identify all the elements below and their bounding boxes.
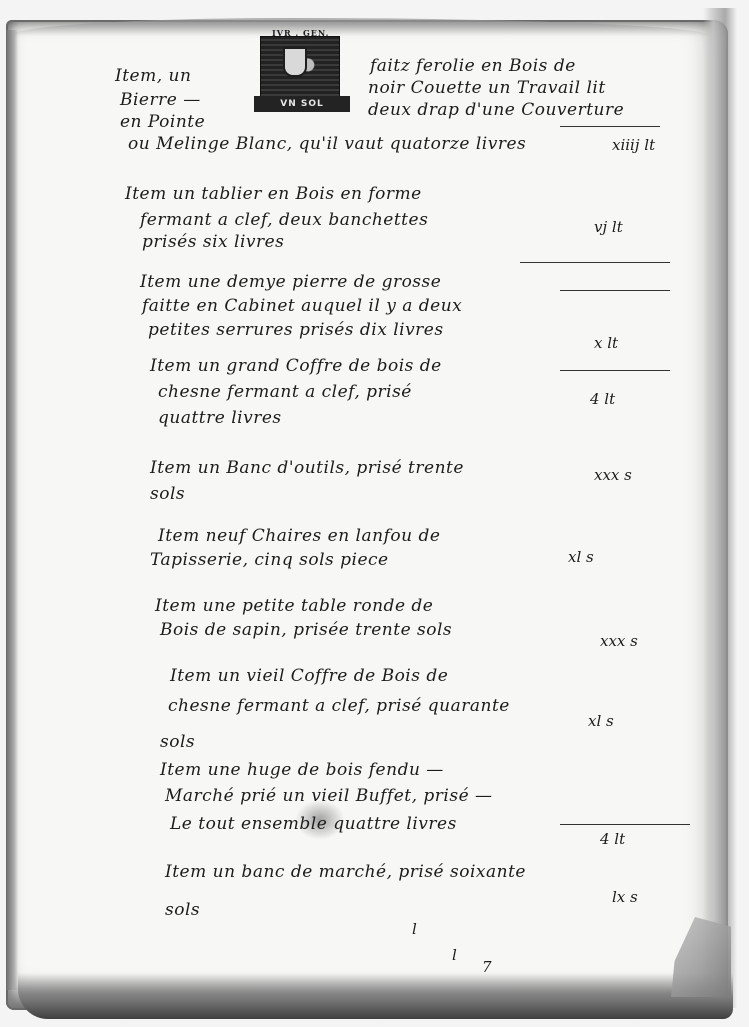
entry-line: Bierre — [120, 90, 201, 110]
entry-line: fermant a clef, deux banchettes [140, 210, 428, 230]
entry-line: ou Melinge Blanc, qu'il vaut quatorze li… [128, 134, 526, 154]
entry-line: prisés six livres [142, 232, 284, 252]
entry-line: Item une demye pierre de grosse [140, 272, 441, 292]
entry-line: Le tout ensemble quattre livres [170, 814, 457, 834]
entry-amount: xiiij lt [612, 136, 655, 154]
entry-amount: xl s [568, 548, 594, 566]
page-bottom-damage [18, 973, 733, 1019]
page-right-fold [703, 8, 737, 1008]
stamp-shield-icon [283, 47, 307, 77]
entry-amount: xxx s [600, 632, 638, 650]
underline-stroke [560, 370, 670, 371]
entry-line: Item un tablier en Bois en forme [125, 184, 422, 204]
entry-line: petites serrures prisés dix livres [148, 320, 444, 340]
entry-line: Item, un [115, 66, 191, 86]
entry-amount: 4 lt [600, 830, 625, 848]
underline-stroke [560, 126, 660, 127]
marginal-mark: 7 [482, 958, 492, 976]
entry-amount: 4 lt [590, 390, 615, 408]
stamp-image [260, 36, 340, 100]
underline-stroke [560, 290, 670, 291]
entry-line: Item un Banc d'outils, prisé trente [150, 458, 464, 478]
entry-line: chesne fermant a clef, prisé quarante [168, 696, 510, 716]
entry-line: Item un grand Coffre de bois de [150, 356, 442, 376]
underline-stroke [520, 262, 670, 263]
entry-line: en Pointe [120, 112, 205, 132]
tax-stamp-icon: IVR . GEN. VN SOL [254, 28, 354, 114]
entry-line: Item une petite table ronde de [155, 596, 433, 616]
entry-line: sols [150, 484, 185, 504]
entry-line: quattre livres [158, 408, 282, 428]
marginal-mark: l [452, 946, 457, 964]
entry-amount: lx s [612, 888, 638, 906]
entry-line: Tapisserie, cinq sols piece [150, 550, 389, 570]
entry-amount: vj lt [594, 218, 623, 236]
entry-line: faitz ferolie en Bois de [370, 56, 576, 76]
entry-line: Item un vieil Coffre de Bois de [170, 666, 448, 686]
entry-line: Item une huge de bois fendu — [160, 760, 444, 780]
entry-line: noir Couette un Travail lit [368, 78, 606, 98]
entry-line: Bois de sapin, prisée trente sols [160, 620, 452, 640]
entry-line: Marché prié un vieil Buffet, prisé — [165, 786, 493, 806]
entry-line: deux drap d'une Couverture [368, 100, 624, 120]
page-left-fold [6, 30, 18, 990]
stamp-banner: VN SOL [254, 96, 350, 112]
entry-line: chesne fermant a clef, prisé [158, 382, 412, 402]
entry-amount: xl s [588, 712, 614, 730]
entry-line: faitte en Cabinet auquel il y a deux [142, 296, 462, 316]
marginal-mark: l [412, 920, 417, 938]
entry-line: sols [160, 732, 195, 752]
entry-amount: x lt [594, 334, 618, 352]
entry-line: Item un banc de marché, prisé soixante [165, 862, 526, 882]
entry-amount: xxx s [594, 466, 632, 484]
underline-stroke [560, 824, 690, 825]
entry-line: Item neuf Chaires en lanfou de [158, 526, 440, 546]
entry-line: sols [165, 900, 200, 920]
